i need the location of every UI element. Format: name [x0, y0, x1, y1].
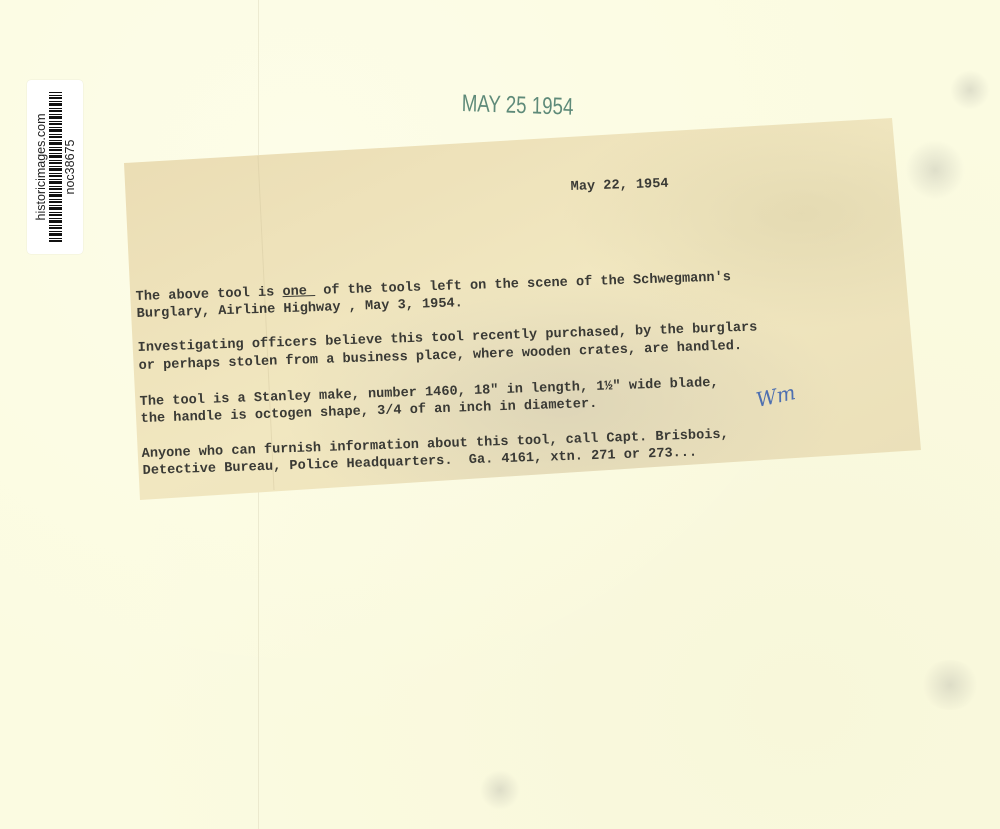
typed-caption-clipping: May 22, 1954 The above tool is one of th… [124, 118, 924, 503]
archive-id: noc38675 [63, 140, 77, 195]
received-date-stamp: MAY 25 1954 [461, 90, 573, 122]
stain-smudge [920, 660, 980, 710]
barcode-icon [49, 92, 62, 242]
underlined-word: one [282, 284, 315, 300]
caption-text-segment: of the tools left on the scene of the Sc… [315, 270, 731, 299]
caption-text: May 22, 1954 The above tool is one of th… [124, 118, 924, 503]
stain-smudge [480, 770, 520, 810]
stain-smudge [950, 70, 990, 110]
archive-barcode-label: historicimages.com noc38675 [27, 80, 83, 254]
caption-date: May 22, 1954 [570, 176, 668, 196]
archive-site-name: historicimages.com [34, 114, 48, 221]
